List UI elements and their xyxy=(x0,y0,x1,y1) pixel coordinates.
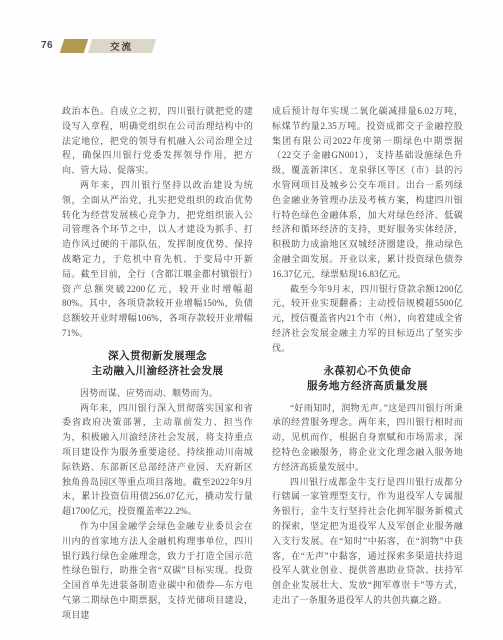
heading-line: 服务地方经济高质量发展 xyxy=(272,379,463,394)
paragraph: 四川银行成都金牛支行是四川银行成都分行辖属一家管理型支行，作为退役军人专属服务银… xyxy=(272,475,463,608)
heading-line: 主动融入川渝经济社会发展 xyxy=(62,364,253,379)
page-number: 76 xyxy=(41,40,53,51)
heading-line: 永葆初心不负使命 xyxy=(272,364,463,379)
section-marker-icon xyxy=(60,39,89,53)
right-column: 成后预计每年实现二氧化碳减排量6.02万吨，标煤节约量2.35万吨。投资成都交子… xyxy=(272,104,463,623)
paragraph-continuation: 成后预计每年实现二氧化碳减排量6.02万吨，标煤节约量2.35万吨。投资成都交子… xyxy=(272,104,463,282)
paragraph-continuation: 政治本色。自成立之初，四川银行就把党的建设写入章程，明确党组织在公司治理结构中的… xyxy=(62,104,253,178)
paragraph: 截至今年9月末，四川银行贷款余额1200亿元，较开业实现翻番；主动授信规模超55… xyxy=(272,282,463,356)
article-body: 政治本色。自成立之初，四川银行就把党的建设写入章程，明确党组织在公司治理结构中的… xyxy=(62,104,463,623)
paragraph: “好雨知时，润物无声。”这是四川银行所秉承的经营服务理念。两年来，四川银行相时而… xyxy=(272,401,463,475)
magazine-page: 76 交流 政治本色。自成立之初，四川银行就把党的建设写入章程，明确党组织在公司… xyxy=(0,0,503,640)
paragraph: 因势而谋、应势而动、顺势而为。 xyxy=(62,386,253,401)
section-label: 交流 xyxy=(110,39,133,53)
heading-line: 深入贯彻新发展理念 xyxy=(62,349,253,364)
section-heading-mission: 永葆初心不负使命 服务地方经济高质量发展 xyxy=(272,364,463,394)
paragraph: 作为中国金融学会绿色金融专业委员会在川内的首家地方法人金融机构理事单位，四川银行… xyxy=(62,519,253,623)
page-header: 76 交流 xyxy=(0,39,503,54)
left-column: 政治本色。自成立之初，四川银行就把党的建设写入章程，明确党组织在公司治理结构中的… xyxy=(62,104,253,623)
paragraph: 两年来，四川银行坚持以政治建设为统领，全面从严治党，扎实把党组织的政治优势转化为… xyxy=(62,178,253,341)
section-heading-development: 深入贯彻新发展理念 主动融入川渝经济社会发展 xyxy=(62,349,253,379)
paragraph: 两年来，四川银行深入贯彻落实国家和省委省政府决策部署，主动靠前发力、担当作为，积… xyxy=(62,401,253,519)
section-tab: 交流 xyxy=(88,39,157,53)
